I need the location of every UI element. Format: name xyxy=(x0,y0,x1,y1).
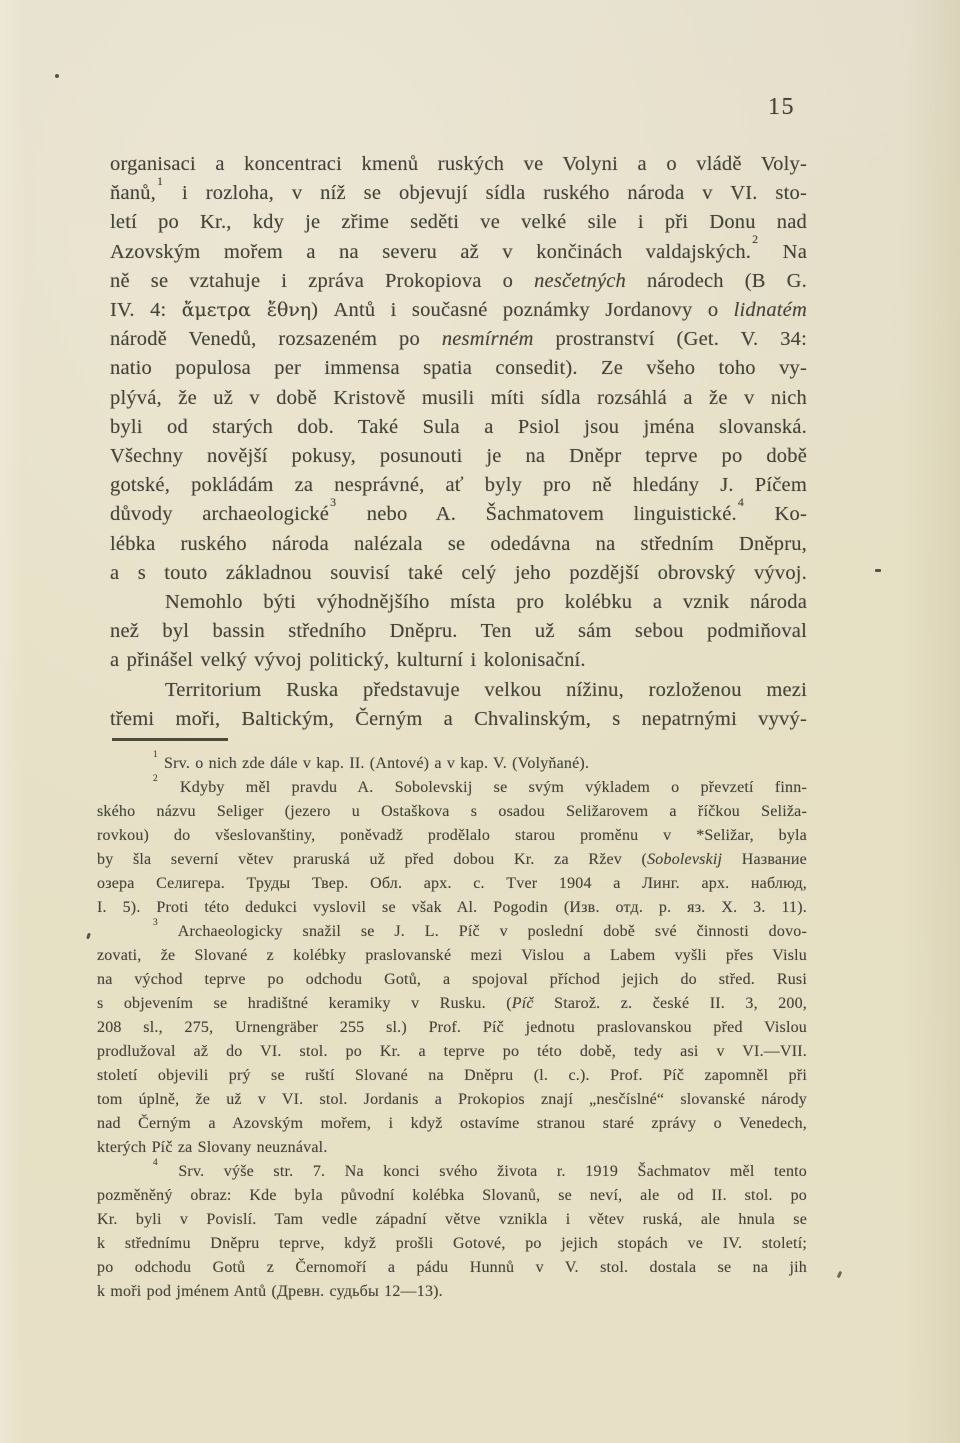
text-run: IV. 4: xyxy=(110,299,182,321)
text-line: prodlužoval až do VI. stol. po Kr. a tep… xyxy=(97,1040,807,1064)
text-run: gotské, pokládám za nesprávné, ať byly p… xyxy=(110,474,807,496)
text-line: s objevením se hradištné keramiky v Rusk… xyxy=(97,992,807,1016)
text-line: a přinášel velký vývoj politický, kultur… xyxy=(110,646,807,675)
text-run: národě Venedů, rozsazeném po xyxy=(110,328,442,350)
text-run: nad Černým a Azovským mořem, i když osta… xyxy=(97,1115,807,1132)
text-run: ně se vztahuje i zpráva Prokopiova o xyxy=(110,270,534,292)
text-run: letí po Kr., kdy je zřime seděti ve velk… xyxy=(110,211,807,233)
text-line: 3 Archaeologicky snažil se J. L. Píč v p… xyxy=(97,920,807,944)
text-run: pozměněný obraz: Kde byla původní kolébk… xyxy=(97,1187,807,1204)
text-run: Kr. byli v Povislí. Tam vedle západní vě… xyxy=(97,1211,807,1228)
text-line: Nemohlo býti výhodnějšího místa pro kolé… xyxy=(110,588,807,617)
text-run: století objevili prý se ruští Slované na… xyxy=(97,1067,807,1084)
footnote-separator xyxy=(112,738,228,741)
paragraph: 2 Kdyby měl pravdu A. Sobolevskij se svý… xyxy=(97,776,807,920)
text-run: nebo A. Šachmatovem linguistické. xyxy=(337,503,737,525)
footnote-marker: 1 xyxy=(152,750,159,760)
text-run: a s touto základnou souvisí také celý je… xyxy=(110,562,807,584)
text-run: kterých Píč za Slovany neuznával. xyxy=(97,1139,328,1156)
text-run: k střednímu Dněpru teprve, když prošli G… xyxy=(97,1235,807,1252)
text-run: ňanů, xyxy=(110,182,156,204)
scan-speck xyxy=(875,569,881,572)
text-run: Archaeologicky snažil se J. L. Píč v pos… xyxy=(159,923,807,940)
text-line: letí po Kr., kdy je zřime seděti ve velk… xyxy=(110,208,807,237)
text-run: Nemohlo býti výhodnějšího místa pro kolé… xyxy=(165,591,807,613)
text-run: národech (B G. xyxy=(626,270,807,292)
text-line: natio populosa per immensa spatia consed… xyxy=(110,354,807,383)
text-line: I. 5). Proti této dedukci vyslovil se vš… xyxy=(97,896,807,920)
text-run: na východ teprve po odchodu Gotů, a spoj… xyxy=(97,971,807,988)
footnote-marker: 1 xyxy=(156,174,164,188)
text-line: k moři pod jménem Antů (Древн. судьбы 12… xyxy=(97,1280,807,1304)
text-run: Srv. o nich zde dále v kap. II. (Antové)… xyxy=(159,755,589,772)
scan-speck xyxy=(86,933,91,940)
main-text-block: organisaci a koncentraci kmenů ruských v… xyxy=(110,150,807,734)
text-run: zovati, že Slované z kolébky praslovansk… xyxy=(97,947,807,964)
text-run: a přinášel velký vývoj politický, kultur… xyxy=(110,649,586,671)
text-run: byli od starých dob. Také Sula a Psiol j… xyxy=(110,416,807,438)
text-line: po odchodu Gotů z Černomoří a pádu Hunnů… xyxy=(97,1256,807,1280)
text-run: Ko- xyxy=(745,503,807,525)
text-run: ) Antů i současné poznámky Jordanovy o xyxy=(311,299,734,321)
footnotes-block: 1 Srv. o nich zde dále v kap. II. (Antov… xyxy=(97,752,807,1304)
text-line: Kr. byli v Povislí. Tam vedle západní vě… xyxy=(97,1208,807,1232)
text-run: Azovským mořem a na severu až v končinác… xyxy=(110,241,751,263)
paragraph: 4 Srv. výše str. 7. Na konci svého život… xyxy=(97,1160,807,1304)
text-run: озера Селигера. Труды Твер. Обл. арх. с.… xyxy=(97,875,807,892)
text-line: Všechny novější pokusy, posunouti je na … xyxy=(110,442,807,471)
footnote-marker: 2 xyxy=(751,232,759,246)
text-line: byli od starých dob. Také Sula a Psiol j… xyxy=(110,413,807,442)
text-line: ně se vztahuje i zpráva Prokopiova o nes… xyxy=(110,267,807,296)
scan-speck xyxy=(837,1271,843,1279)
text-line: plývá, že už v době Kristově musili míti… xyxy=(110,384,807,413)
text-run: Territorium Ruska představuje velkou níž… xyxy=(165,679,807,701)
italic-text: Píč xyxy=(512,995,534,1012)
text-run: prostranství (Get. V. 34: xyxy=(534,328,807,350)
text-line: 1 Srv. o nich zde dále v kap. II. (Antov… xyxy=(97,752,807,776)
text-run: 208 sl., 275, Urnengräber 255 sl.) Prof.… xyxy=(97,1019,807,1036)
text-line: století objevili prý se ruští Slované na… xyxy=(97,1064,807,1088)
italic-text: lidnatém xyxy=(734,299,807,321)
text-line: organisaci a koncentraci kmenů ruských v… xyxy=(110,150,807,179)
paragraph: organisaci a koncentraci kmenů ruských v… xyxy=(110,150,807,588)
text-run: tom úplně, že už v VI. stol. Jordanis a … xyxy=(97,1091,807,1108)
text-line: rovkou) do všeslovanštiny, poněvadž prod… xyxy=(97,824,807,848)
text-line: 2 Kdyby měl pravdu A. Sobolevskij se svý… xyxy=(97,776,807,800)
text-run: prodlužoval až do VI. stol. po Kr. a tep… xyxy=(97,1043,807,1060)
text-run: by šla severní větev praruská už před do… xyxy=(97,851,647,868)
text-run: natio populosa per immensa spatia consed… xyxy=(110,357,807,379)
text-line: gotské, pokládám za nesprávné, ať byly p… xyxy=(110,471,807,500)
paragraph: 3 Archaeologicky snažil se J. L. Píč v p… xyxy=(97,920,807,1160)
text-line: zovati, že Slované z kolébky praslovansk… xyxy=(97,944,807,968)
text-line: ňanů,1 i rozloha, v níž se objevují sídl… xyxy=(110,179,807,208)
text-run: třemi moři, Baltickým, Černým a Chvalins… xyxy=(110,708,807,730)
paragraph: Nemohlo býti výhodnějšího místa pro kolé… xyxy=(110,588,807,676)
text-line: lébka ruského národa nalézala se odedávn… xyxy=(110,530,807,559)
text-line: tom úplně, že už v VI. stol. Jordanis a … xyxy=(97,1088,807,1112)
text-line: k střednímu Dněpru teprve, když prošli G… xyxy=(97,1232,807,1256)
text-run: plývá, že už v době Kristově musili míti… xyxy=(110,387,807,409)
text-line: 208 sl., 275, Urnengräber 255 sl.) Prof.… xyxy=(97,1016,807,1040)
text-run: lébka ruského národa nalézala se odedávn… xyxy=(110,533,807,555)
text-line: pozměněný obraz: Kde byla původní kolébk… xyxy=(97,1184,807,1208)
footnote-marker: 4 xyxy=(152,1158,159,1168)
text-line: kterých Píč za Slovany neuznával. xyxy=(97,1136,807,1160)
footnote-marker: 2 xyxy=(152,774,159,784)
text-run: Srv. výše str. 7. Na konci svého života … xyxy=(159,1163,807,1180)
italic-text: nesmírném xyxy=(442,328,534,350)
text-line: na východ teprve po odchodu Gotů, a spoj… xyxy=(97,968,807,992)
text-line: IV. 4: ἄμετρα ἔθνη) Antů i současné pozn… xyxy=(110,296,807,325)
text-line: 4 Srv. výše str. 7. Na konci svého život… xyxy=(97,1160,807,1184)
text-run: rovkou) do všeslovanštiny, poněvadž prod… xyxy=(97,827,807,844)
text-line: třemi moři, Baltickým, Černým a Chvalins… xyxy=(110,705,807,734)
text-run: organisaci a koncentraci kmenů ruských v… xyxy=(110,153,807,175)
text-run: s objevením se hradištné keramiky v Rusk… xyxy=(97,995,512,1012)
footnote-marker: 3 xyxy=(329,495,337,509)
text-run: Название xyxy=(722,851,807,868)
paragraph: Territorium Ruska představuje velkou níž… xyxy=(110,676,807,734)
text-line: nad Černým a Azovským mořem, i když osta… xyxy=(97,1112,807,1136)
text-run: ského názvu Seliger (jezero u Ostaškova … xyxy=(97,803,807,820)
text-run: Všechny novější pokusy, posunouti je na … xyxy=(110,445,807,467)
book-page: 15 organisaci a koncentraci kmenů ruskýc… xyxy=(0,0,960,1443)
italic-text: nesčetných xyxy=(534,270,626,292)
italic-text: Sobolevskij xyxy=(647,851,722,868)
text-line: озера Селигера. Труды Твер. Обл. арх. с.… xyxy=(97,872,807,896)
text-line: ského názvu Seliger (jezero u Ostaškova … xyxy=(97,800,807,824)
text-run: k moři pod jménem Antů (Древн. судьбы 12… xyxy=(97,1283,443,1300)
text-run: I. 5). Proti této dedukci vyslovil se vš… xyxy=(97,899,807,916)
text-line: důvody archaeologické3 nebo A. Šachmatov… xyxy=(110,500,807,529)
text-line: než byl bassin středního Dněpru. Ten už … xyxy=(110,617,807,646)
greek-text: ἄμετρα ἔθνη xyxy=(182,299,311,321)
text-run: Kdyby měl pravdu A. Sobolevskij se svým … xyxy=(159,779,807,796)
text-line: by šla severní větev praruská už před do… xyxy=(97,848,807,872)
paragraph: 1 Srv. o nich zde dále v kap. II. (Antov… xyxy=(97,752,807,776)
text-line: Azovským mořem a na severu až v končinác… xyxy=(110,238,807,267)
footnote-marker: 3 xyxy=(152,918,159,928)
text-line: a s touto základnou souvisí také celý je… xyxy=(110,559,807,588)
text-run: i rozloha, v níž se objevují sídla ruské… xyxy=(164,182,807,204)
text-run: důvody archaeologické xyxy=(110,503,329,525)
text-run: Na xyxy=(759,241,807,263)
text-line: Territorium Ruska představuje velkou níž… xyxy=(110,676,807,705)
text-run: než byl bassin středního Dněpru. Ten už … xyxy=(110,620,807,642)
footnote-marker: 4 xyxy=(737,495,745,509)
text-line: národě Venedů, rozsazeném po nesmírném p… xyxy=(110,325,807,354)
page-number: 15 xyxy=(768,94,795,121)
text-run: po odchodu Gotů z Černomoří a pádu Hunnů… xyxy=(97,1259,807,1276)
scan-speck xyxy=(55,74,59,78)
text-run: Starož. z. české II. 3, 200, xyxy=(534,995,807,1012)
